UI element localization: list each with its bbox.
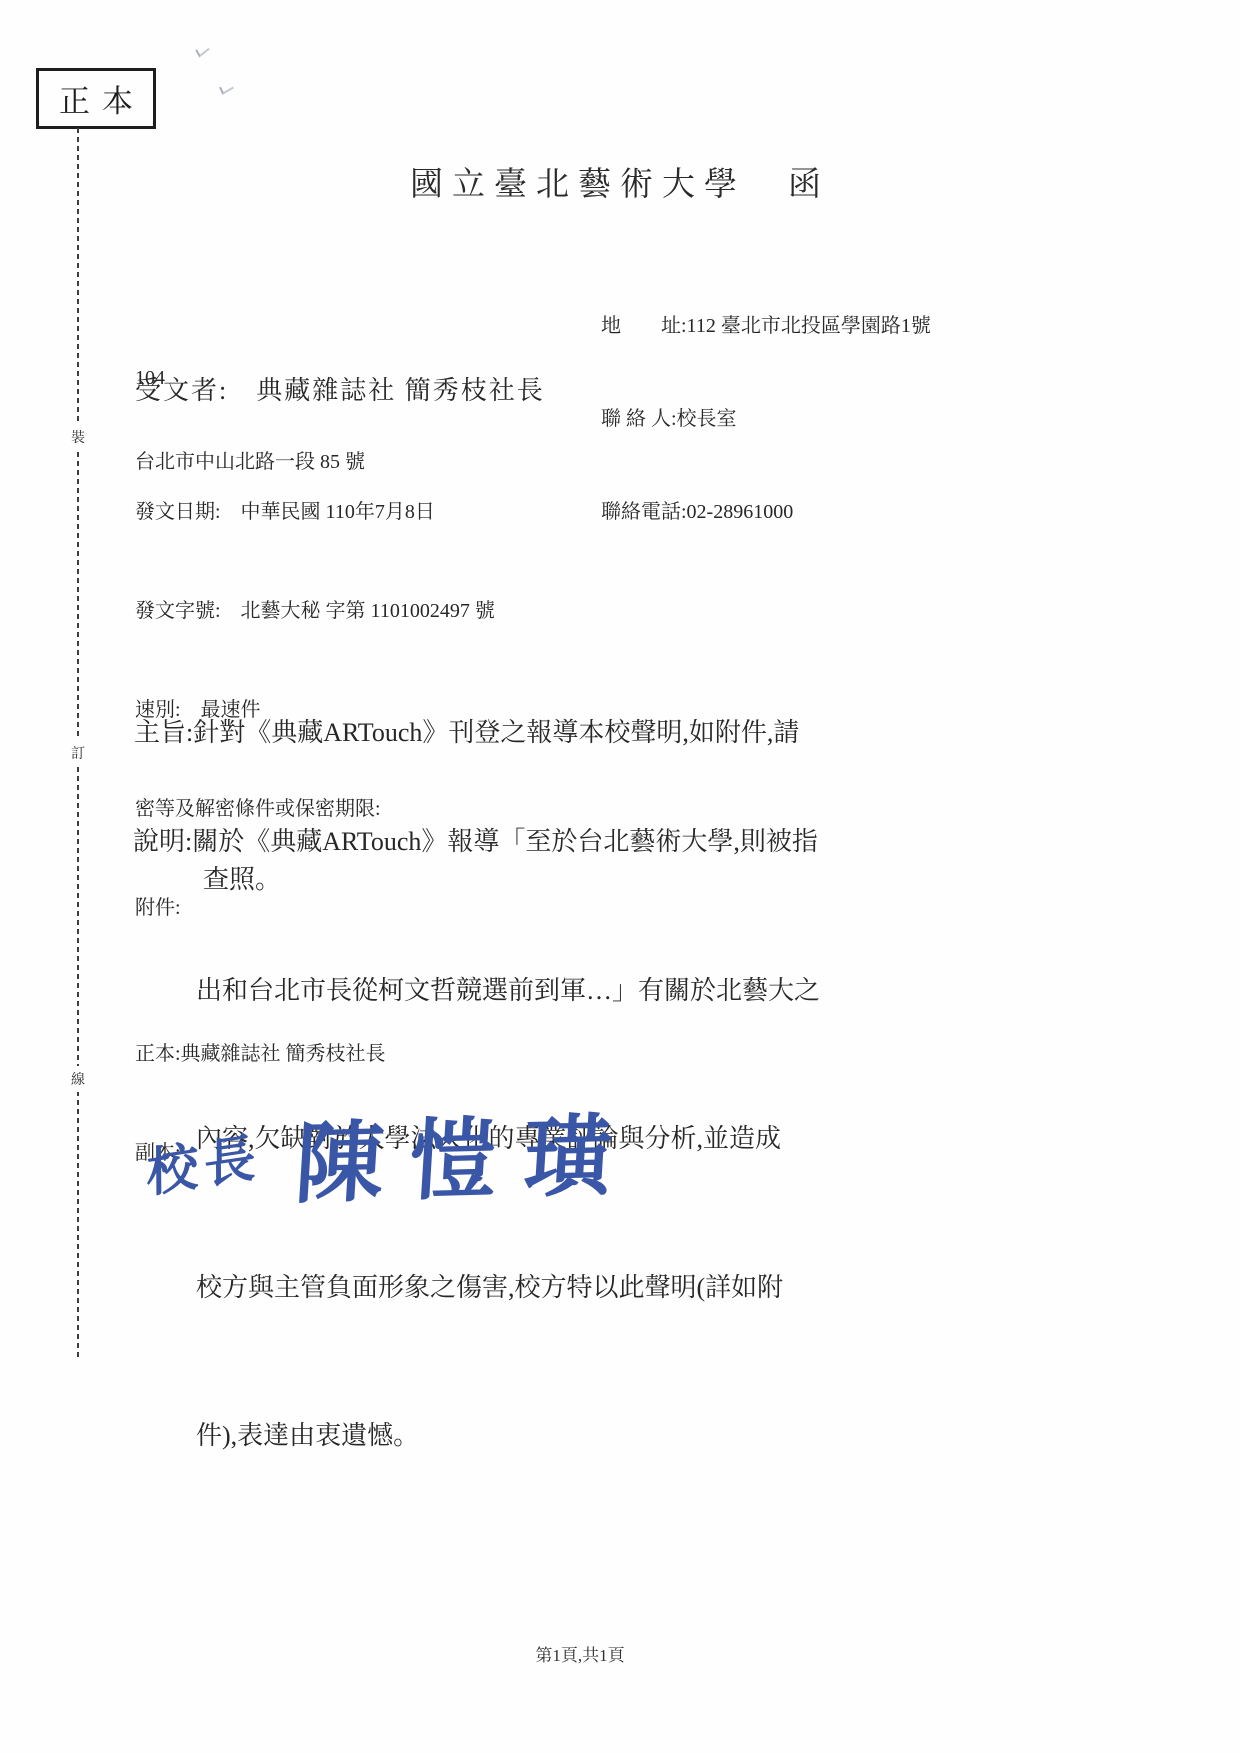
addressee-line: 受文者: 典藏雜誌社 簡秀枝社長: [135, 370, 545, 407]
description-line: 說明:關於《典藏ARTouch》報導「至於台北藝術大學,則被指: [133, 817, 820, 867]
binding-mark-ding: 訂: [66, 740, 90, 766]
meta-issue-date: 發文日期: 中華民國 110年7月8日: [135, 496, 495, 529]
binding-mark-xian: 線: [66, 1066, 90, 1092]
document-title: 國立臺北藝術大學 函: [0, 158, 1240, 205]
official-letter-page: 正本 裝 訂 線 國立臺北藝術大學 函 地 址:112 臺北市北投區學園路1號 …: [0, 0, 1240, 1753]
sender-phone-line: 聯絡電話:02-28961000: [601, 497, 931, 528]
page-number: 第1頁,共1頁: [480, 1641, 680, 1666]
sender-contact-line: 聯 絡 人:校長室: [601, 404, 931, 435]
signature: 校長 陳愷璜: [144, 1086, 639, 1225]
sender-info-block: 地 址:112 臺北市北投區學園路1號 聯 絡 人:校長室 聯絡電話:02-28…: [601, 249, 931, 590]
distribution-original-line: 正本:典藏雜誌社 簡秀枝社長: [135, 1038, 386, 1071]
copy-type-stamp: 正本: [36, 68, 156, 129]
sender-address-line: 地 址:112 臺北市北投區學園路1號: [601, 311, 931, 342]
signature-title: 校長: [146, 1113, 261, 1206]
binding-mark-zhuang: 裝: [66, 424, 90, 450]
description-line: 件),表達由衷遺憾。: [133, 1411, 820, 1461]
scan-artifact-mark: [219, 81, 234, 95]
scan-artifact-mark: [195, 43, 209, 58]
signature-name: 陳愷璜: [292, 1085, 642, 1220]
description-line: 校方與主管負面形象之傷害,校方特以此聲明(詳如附: [133, 1263, 820, 1313]
